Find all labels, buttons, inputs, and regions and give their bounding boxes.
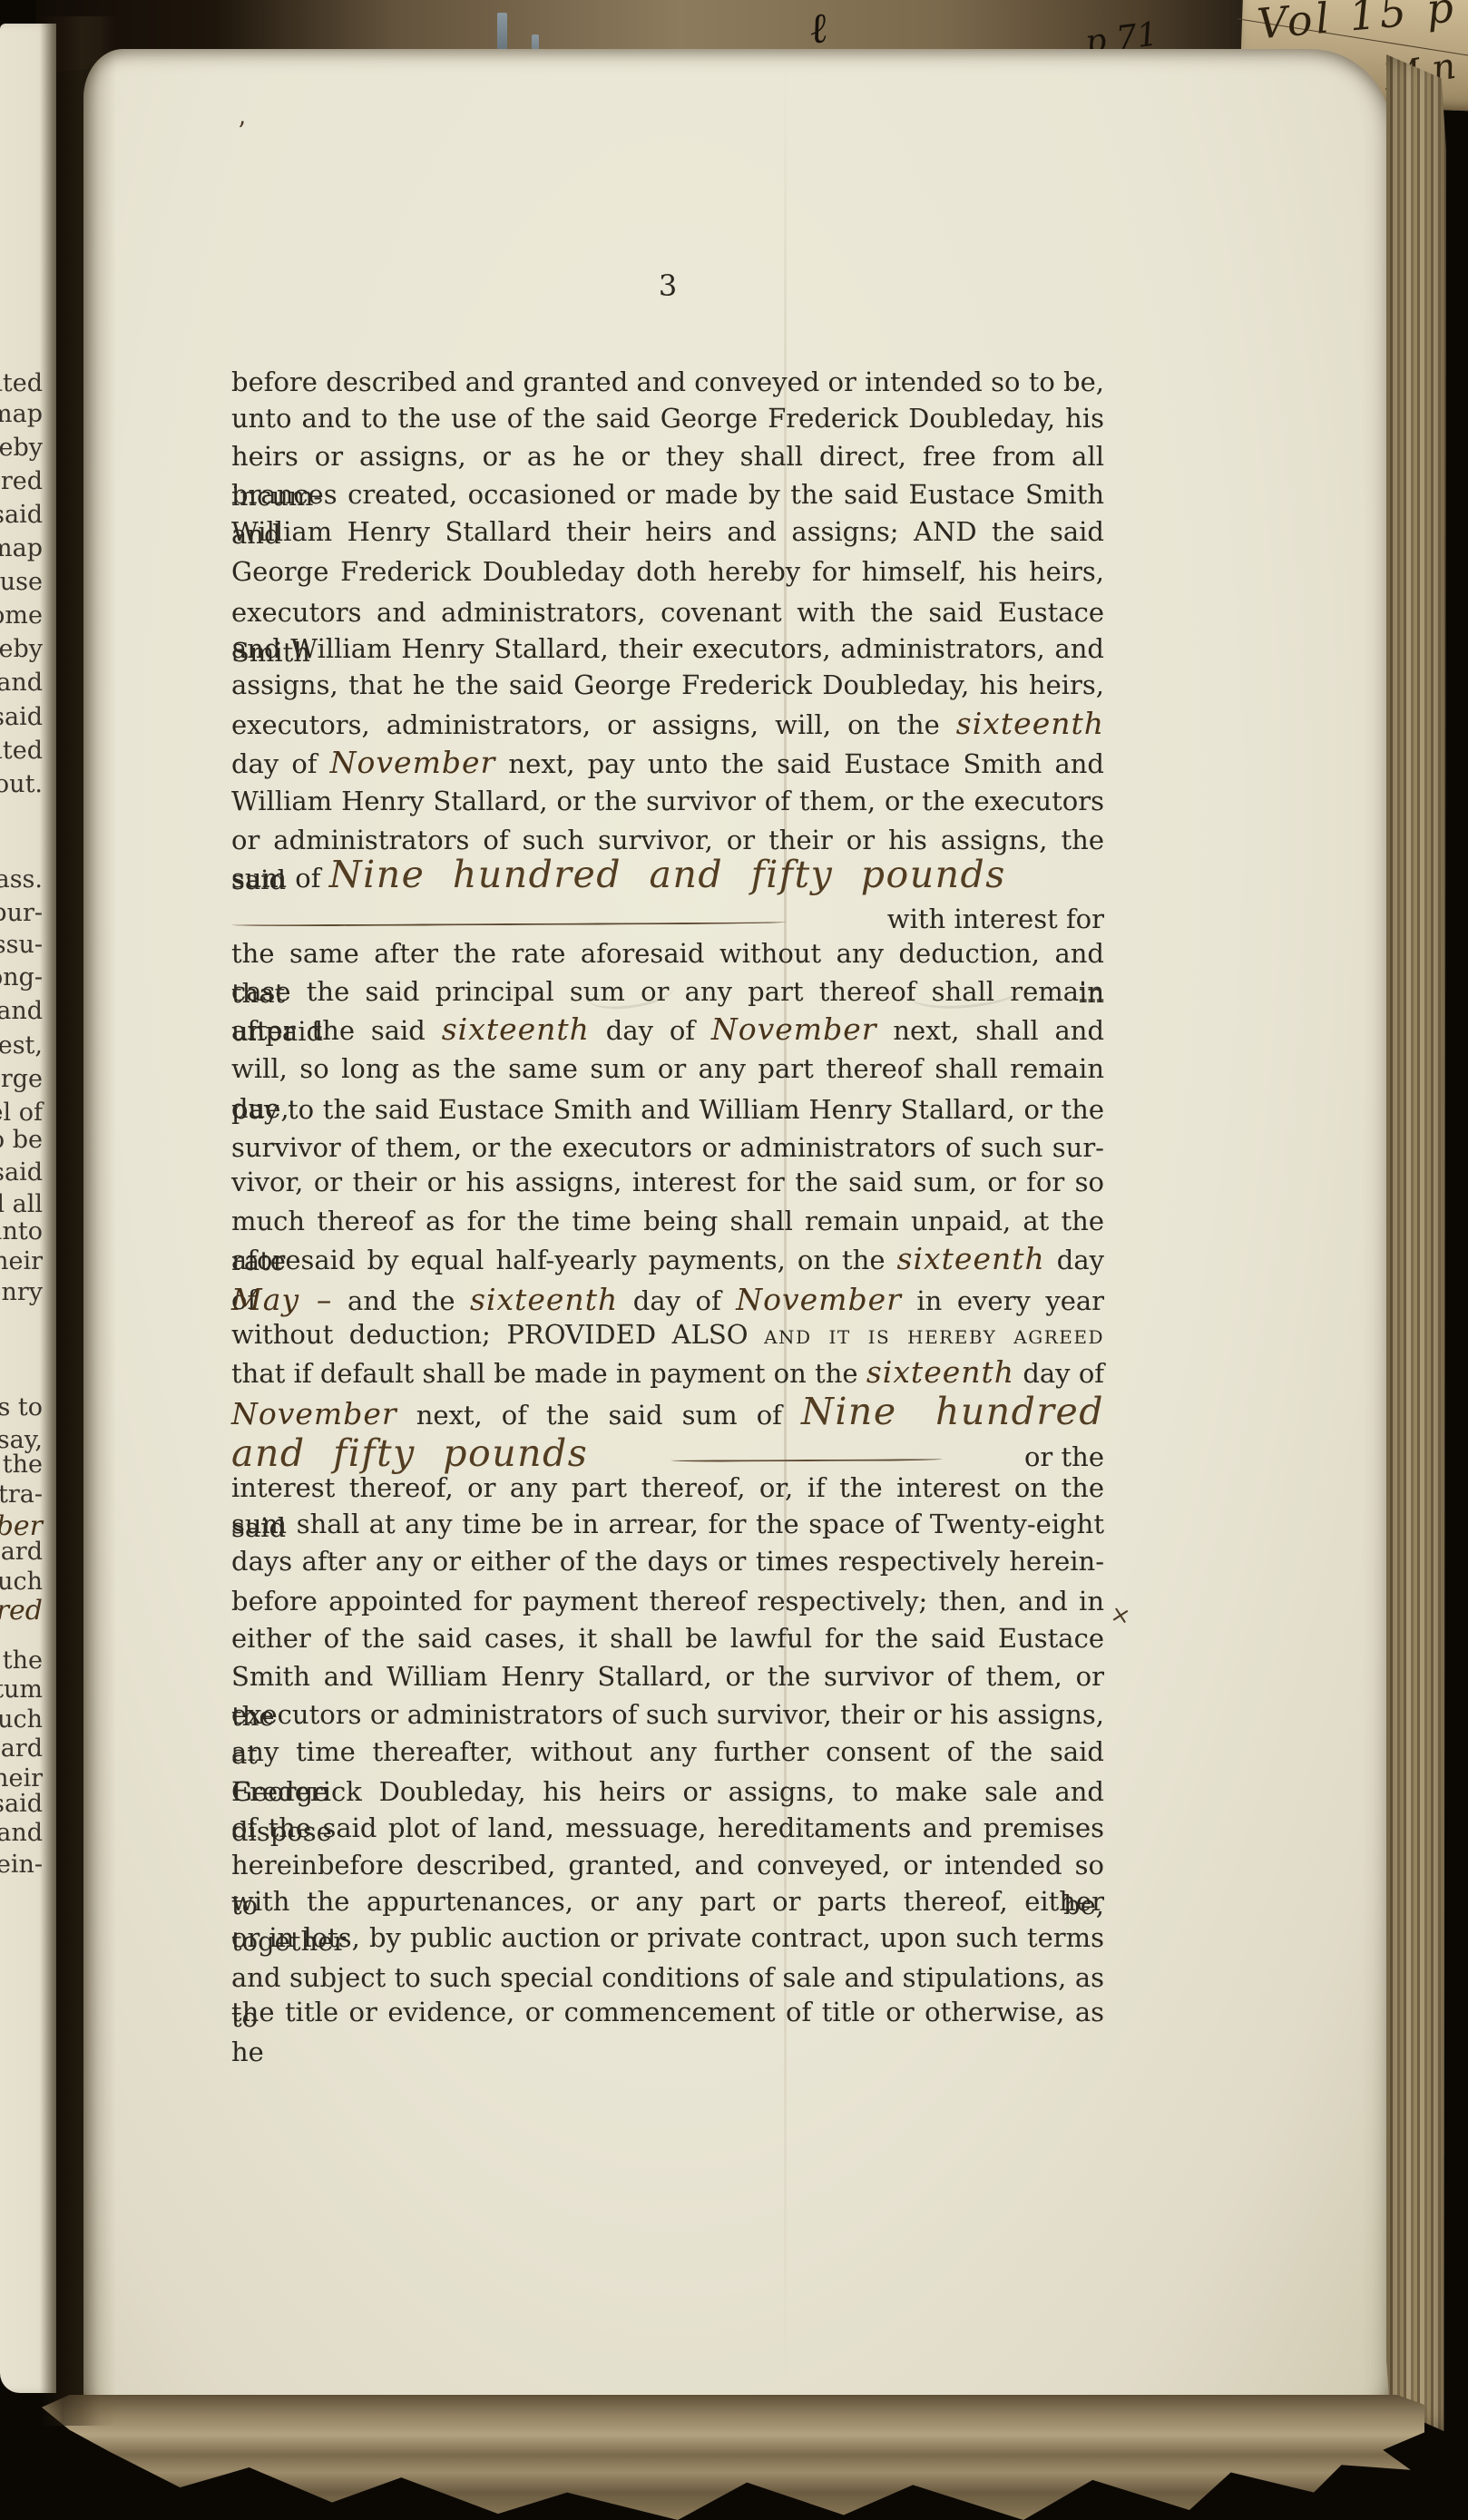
print-fragment: map — [0, 400, 43, 428]
handwritten-text: sixteenth — [956, 706, 1104, 741]
print-fragment: centum — [0, 1675, 43, 1704]
text-line: before described and granted and conveye… — [231, 362, 1104, 402]
print-fragment: heated — [0, 737, 43, 765]
print-text: before described and granted and conveye… — [231, 366, 1104, 397]
print-fragment: l map — [0, 534, 43, 562]
print-text: George Frederick Doubleday doth hereby f… — [231, 556, 1104, 587]
ragged-page-stack — [42, 2395, 1424, 2520]
print-fragment: hereby — [0, 635, 43, 663]
print-text: or in lots, by public auction or private… — [231, 1922, 1104, 1953]
text-line: unto and to the use of the said George F… — [231, 398, 1104, 438]
print-fragment: George — [0, 1065, 43, 1093]
left-page-fragments: ositedmapherebyndrede saidl map-housesom… — [0, 0, 45, 2369]
text-line: days after any or either of the days or … — [231, 1541, 1104, 1581]
text-line: William Henry Stallard their heirs and a… — [231, 512, 1104, 552]
print-fragment: elong- — [0, 963, 43, 991]
ink-speck: ’ — [238, 116, 246, 146]
text-line: assigns, that he the said George Frederi… — [231, 665, 1104, 705]
handwritten-text: Nine hundred — [801, 1390, 1104, 1433]
book-fore-edge — [1386, 54, 1446, 2431]
print-fragment: to be — [0, 1126, 43, 1154]
handwritten-text: sixteenth — [866, 1354, 1014, 1390]
print-text: without deduction; PROVIDED ALSO — [231, 1319, 749, 1350]
inked-dash — [670, 1459, 943, 1462]
text-line: without deduction; PROVIDED ALSO and it … — [231, 1314, 1104, 1355]
print-fragment: Henry — [0, 1278, 43, 1306]
print-text: day of — [606, 1015, 695, 1046]
print-text: in every year — [916, 1285, 1104, 1316]
print-text: day of — [1023, 1358, 1104, 1389]
text-line: November next, of the said sum of Nine h… — [231, 1392, 1104, 1435]
print-text: next, of the said sum of — [416, 1400, 782, 1431]
print-text: and the — [347, 1285, 455, 1316]
handwritten-fragment: tred — [0, 1595, 43, 1626]
print-text: executors, administrators, or assigns, w… — [231, 709, 940, 740]
print-fragment: rcel of — [0, 1099, 43, 1127]
print-text: sum of — [231, 863, 320, 894]
print-fragment: e unto — [0, 1217, 43, 1245]
text-line: before appointed for payment thereof res… — [231, 1581, 1104, 1621]
print-fragment: ey and — [0, 1819, 43, 1847]
binding-gutter-shadow — [40, 16, 116, 2426]
handwritten-text: November — [330, 745, 496, 780]
print-fragment: osited — [0, 369, 43, 397]
print-text: assigns, that he the said George Frederi… — [231, 669, 1104, 700]
print-fragment: tallard — [0, 1538, 43, 1566]
print-fragment: nd all — [0, 1190, 43, 1218]
text-line: George Frederick Doubleday doth hereby f… — [231, 552, 1104, 591]
text-line: William Henry Stallard, or the survivor … — [231, 781, 1104, 821]
print-fragment: f such — [0, 1568, 43, 1596]
print-text: next, shall and — [893, 1015, 1104, 1046]
print-fragment: he said — [0, 1790, 43, 1818]
text-line: pay to the said Eustace Smith and Willia… — [231, 1089, 1104, 1129]
inked-dash — [231, 922, 787, 926]
print-text: William Henry Stallard, or the survivor … — [231, 786, 1104, 816]
print-fragment: e said — [0, 501, 43, 529]
text-line: day of November next, pay unto the said … — [231, 743, 1104, 784]
print-fragment: eless to — [0, 1393, 43, 1421]
print-fragment: tallard — [0, 1734, 43, 1763]
print-fragment: hereby — [0, 434, 43, 462]
volume-annotation: Vol 15 p — [1255, 0, 1459, 48]
print-text: the title or evidence, or commencement o… — [231, 1997, 1104, 2067]
text-block: before described and granted and conveye… — [231, 0, 1104, 2177]
print-text: before appointed for payment thereof res… — [231, 1586, 1104, 1617]
text-line: sum of Nine hundred and fifty pounds — [231, 855, 1104, 898]
print-text: and William Henry Stallard, their execut… — [231, 633, 1104, 664]
handwritten-text: sixteenth — [470, 1282, 618, 1317]
print-fragment: some — [0, 601, 43, 630]
print-text: sum shall at any time be in arrear, for … — [231, 1509, 1104, 1539]
print-fragment: ndred — [0, 467, 43, 495]
print-fragment: r such — [0, 1705, 43, 1734]
print-text: William Henry Stallard their heirs and a… — [231, 516, 1104, 547]
print-fragment: terest, — [0, 1031, 43, 1060]
print-fragment: pass. — [0, 865, 43, 894]
text-line: sum shall at any time be in arrear, for … — [231, 1504, 1104, 1544]
text-line: of the said plot of land, messuage, here… — [231, 1808, 1104, 1848]
print-fragment: herein- — [0, 1851, 43, 1879]
print-text: day of — [231, 748, 318, 779]
print-fragment: l out. — [0, 770, 43, 798]
scanned-deed-photograph: { "page": { "number": "3" }, "backdrop":… — [0, 0, 1468, 2520]
print-fragment: e said — [0, 1158, 43, 1187]
print-text: aforesaid by equal half-yearly payments,… — [231, 1245, 886, 1275]
text-line: the title or evidence, or commencement o… — [231, 1992, 1104, 2072]
text-line: vivor, or their or his assigns, interest… — [231, 1162, 1104, 1202]
print-fragment: l their — [0, 1247, 43, 1275]
print-text: unto and to the use of the said George F… — [231, 403, 1104, 434]
handwritten-text: Nine hundred and fifty pounds — [329, 853, 1006, 896]
text-line: after the said sixteenth day of November… — [231, 1010, 1104, 1050]
print-fragment: r their — [0, 1764, 43, 1792]
handwritten-text: November — [231, 1396, 397, 1431]
handwritten-text: November — [711, 1011, 877, 1047]
print-text: next, pay unto the said Eustace Smith an… — [508, 748, 1104, 779]
text-line: that if default shall be made in payment… — [231, 1353, 1104, 1393]
smallcaps-text: and it is hereby agreed — [764, 1320, 1104, 1350]
print-fragment: if the — [0, 1450, 43, 1479]
print-text: days after any or either of the days or … — [231, 1546, 1104, 1577]
print-fragment: a land — [0, 669, 43, 697]
text-line: either of the said cases, it shall be la… — [231, 1618, 1104, 1658]
print-text: that if default shall be made in payment… — [231, 1358, 858, 1389]
text-line: or in lots, by public auction or private… — [231, 1918, 1104, 1958]
print-fragment: s and — [0, 997, 43, 1025]
handwritten-text: sixteenth — [897, 1241, 1045, 1276]
print-text: survivor of them, or the executors or ad… — [231, 1132, 1104, 1163]
handwritten-text: May – — [231, 1282, 332, 1317]
print-fragment: -house — [0, 568, 43, 596]
print-fragment: messu- — [0, 931, 43, 959]
text-line: and William Henry Stallard, their execut… — [231, 629, 1104, 669]
print-fragment: appur- — [0, 899, 43, 927]
print-fragment: for the — [0, 1646, 43, 1675]
print-text: of the said plot of land, messuage, here… — [231, 1812, 1104, 1843]
print-fragment: nistra- — [0, 1480, 43, 1509]
handwritten-text: November — [736, 1282, 902, 1317]
print-text: day of — [633, 1285, 721, 1316]
handwritten-text: sixteenth — [442, 1011, 590, 1047]
print-fragment: e said — [0, 703, 43, 731]
print-text: either of the said cases, it shall be la… — [231, 1623, 1104, 1654]
print-text: vivor, or their or his assigns, interest… — [231, 1167, 1104, 1197]
print-text: pay to the said Eustace Smith and Willia… — [231, 1094, 1104, 1125]
text-line: executors, administrators, or assigns, w… — [231, 704, 1104, 745]
print-text: after the said — [231, 1015, 426, 1046]
